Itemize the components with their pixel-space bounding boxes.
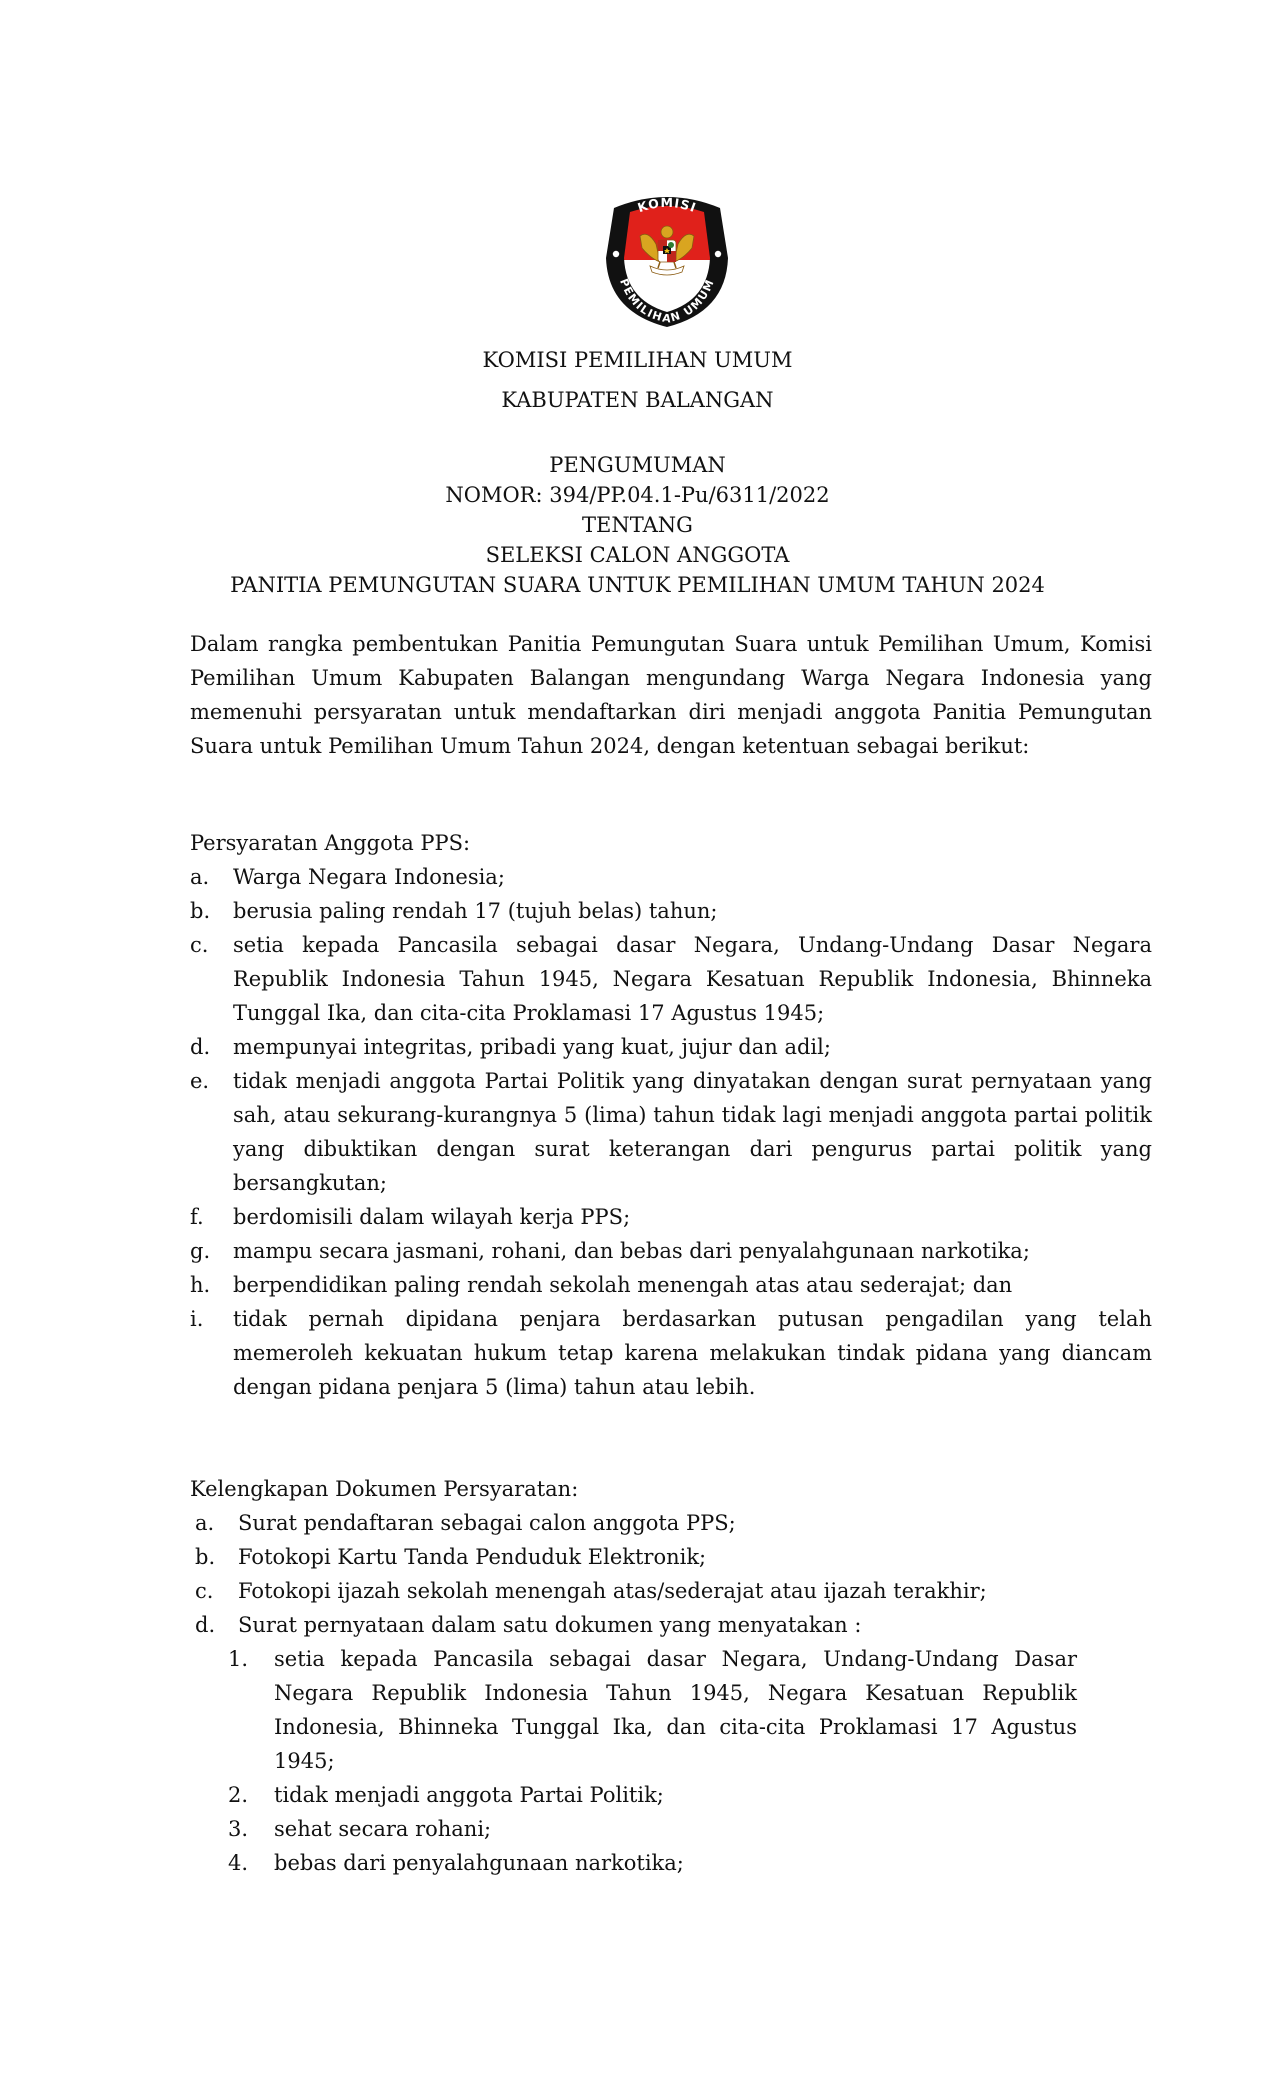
- list-item-text: berdomisili dalam wilayah kerja PPS;: [233, 1205, 630, 1229]
- list-marker: a.: [195, 1506, 214, 1540]
- list-marker: f.: [190, 1200, 204, 1234]
- list-item-text: Fotokopi Kartu Tanda Penduduk Elektronik…: [238, 1545, 706, 1569]
- requirements-list: a.Warga Negara Indonesia;b.berusia palin…: [190, 860, 1152, 1404]
- doc-number: NOMOR: 394/PP.04.1-Pu/6311/2022: [0, 480, 1275, 510]
- list-item-text: setia kepada Pancasila sebagai dasar Neg…: [233, 933, 1152, 1025]
- requirements-section: Persyaratan Anggota PPS: a.Warga Negara …: [190, 826, 1152, 1404]
- document-page: KOMISI PEMILIHAN UMUM KOMISI PEMILIHAN U…: [0, 0, 1275, 2100]
- requirement-item: d.mempunyai integritas, pribadi yang kua…: [190, 1030, 1152, 1064]
- intro-paragraph: Dalam rangka pembentukan Panitia Pemungu…: [190, 627, 1152, 763]
- list-item-text: Warga Negara Indonesia;: [233, 865, 505, 889]
- list-item-text: Surat pendaftaran sebagai calon anggota …: [238, 1511, 736, 1535]
- list-item-text: sehat secara rohani;: [274, 1817, 491, 1841]
- list-item-text: mempunyai integritas, pribadi yang kuat,…: [233, 1035, 831, 1059]
- organization-region: KABUPATEN BALANGAN: [0, 388, 1275, 412]
- list-marker: h.: [190, 1268, 210, 1302]
- list-marker: 3.: [228, 1812, 248, 1846]
- org-line-2: KABUPATEN BALANGAN: [0, 388, 1275, 412]
- list-marker: 4.: [228, 1846, 248, 1880]
- statement-item: 2.tidak menjadi anggota Partai Politik;: [228, 1778, 1077, 1812]
- documents-title: Kelengkapan Dokumen Persyaratan:: [190, 1472, 1152, 1506]
- statement-item: 4.bebas dari penyalahgunaan narkotika;: [228, 1846, 1077, 1880]
- list-item-text: berusia paling rendah 17 (tujuh belas) t…: [233, 899, 717, 923]
- documents-section: Kelengkapan Dokumen Persyaratan: a.Surat…: [190, 1472, 1152, 1880]
- document-item: b.Fotokopi Kartu Tanda Penduduk Elektron…: [195, 1540, 1152, 1574]
- list-item-text: Fotokopi ijazah sekolah menengah atas/se…: [238, 1579, 987, 1603]
- requirement-item: c.setia kepada Pancasila sebagai dasar N…: [190, 928, 1152, 1030]
- announcement-title: PENGUMUMAN NOMOR: 394/PP.04.1-Pu/6311/20…: [0, 450, 1275, 600]
- list-marker: 2.: [228, 1778, 248, 1812]
- list-marker: b.: [190, 894, 210, 928]
- kpu-emblem-icon: KOMISI PEMILIHAN UMUM: [600, 188, 734, 328]
- documents-list: a.Surat pendaftaran sebagai calon anggot…: [190, 1506, 1152, 1642]
- document-item: a.Surat pendaftaran sebagai calon anggot…: [195, 1506, 1152, 1540]
- requirement-item: b.berusia paling rendah 17 (tujuh belas)…: [190, 894, 1152, 928]
- org-line-1: KOMISI PEMILIHAN UMUM: [0, 348, 1275, 372]
- list-marker: d.: [190, 1030, 210, 1064]
- list-marker: 1.: [228, 1642, 248, 1676]
- list-item-text: setia kepada Pancasila sebagai dasar Neg…: [274, 1647, 1077, 1773]
- document-item: d.Surat pernyataan dalam satu dokumen ya…: [195, 1608, 1152, 1642]
- requirements-title: Persyaratan Anggota PPS:: [190, 826, 1152, 860]
- list-item-text: Surat pernyataan dalam satu dokumen yang…: [238, 1613, 861, 1637]
- list-item-text: mampu secara jasmani, rohani, dan bebas …: [233, 1239, 1030, 1263]
- list-item-text: berpendidikan paling rendah sekolah mene…: [233, 1273, 1012, 1297]
- requirement-item: e.tidak menjadi anggota Partai Politik y…: [190, 1064, 1152, 1200]
- organization-name: KOMISI PEMILIHAN UMUM: [0, 348, 1275, 372]
- doc-about: TENTANG: [0, 510, 1275, 540]
- list-item-text: bebas dari penyalahgunaan narkotika;: [274, 1851, 684, 1875]
- list-marker: c.: [195, 1574, 213, 1608]
- list-item-text: tidak pernah dipidana penjara berdasarka…: [233, 1307, 1152, 1399]
- doc-subject-1: SELEKSI CALON ANGGOTA: [0, 540, 1275, 570]
- document-item: c.Fotokopi ijazah sekolah menengah atas/…: [195, 1574, 1152, 1608]
- requirement-item: g.mampu secara jasmani, rohani, dan beba…: [190, 1234, 1152, 1268]
- list-item-text: tidak menjadi anggota Partai Politik yan…: [233, 1069, 1152, 1195]
- list-marker: i.: [190, 1302, 203, 1336]
- statement-sublist: 1.setia kepada Pancasila sebagai dasar N…: [228, 1642, 1077, 1880]
- requirement-item: i.tidak pernah dipidana penjara berdasar…: [190, 1302, 1152, 1404]
- list-marker: d.: [195, 1608, 215, 1642]
- list-marker: g.: [190, 1234, 210, 1268]
- doc-type: PENGUMUMAN: [0, 450, 1275, 480]
- requirement-item: f.berdomisili dalam wilayah kerja PPS;: [190, 1200, 1152, 1234]
- list-marker: c.: [190, 928, 208, 962]
- requirement-item: a.Warga Negara Indonesia;: [190, 860, 1152, 894]
- list-marker: e.: [190, 1064, 209, 1098]
- list-item-text: tidak menjadi anggota Partai Politik;: [274, 1783, 664, 1807]
- kpu-logo: KOMISI PEMILIHAN UMUM: [600, 188, 734, 328]
- list-marker: b.: [195, 1540, 215, 1574]
- list-marker: a.: [190, 860, 209, 894]
- statement-item: 3.sehat secara rohani;: [228, 1812, 1077, 1846]
- requirement-item: h.berpendidikan paling rendah sekolah me…: [190, 1268, 1152, 1302]
- statement-item: 1.setia kepada Pancasila sebagai dasar N…: [228, 1642, 1077, 1778]
- doc-subject-2: PANITIA PEMUNGUTAN SUARA UNTUK PEMILIHAN…: [0, 570, 1275, 600]
